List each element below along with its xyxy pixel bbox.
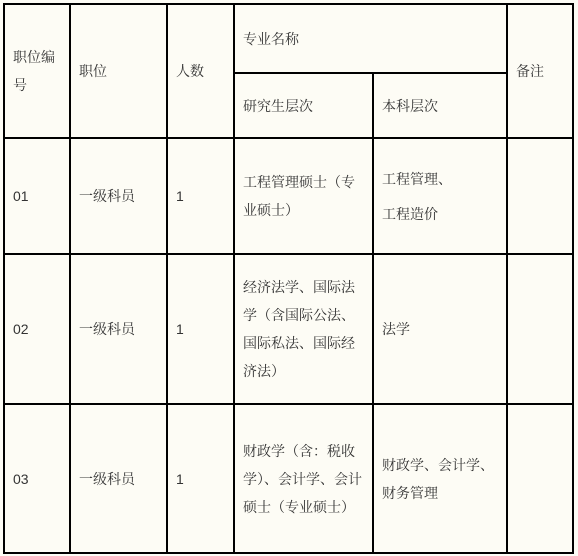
cell-position: 一级科员 — [70, 138, 167, 254]
job-positions-table: 职位编号 职位 人数 专业名称 备注 研究生层次 本科层次 01 一级科员 1 … — [3, 3, 574, 554]
header-position-id: 职位编号 — [4, 4, 70, 138]
cell-position-id: 02 — [4, 254, 70, 404]
cell-headcount: 1 — [167, 404, 234, 553]
cell-remarks — [507, 138, 573, 254]
header-headcount: 人数 — [167, 4, 234, 138]
header-position: 职位 — [70, 4, 167, 138]
cell-remarks — [507, 404, 573, 553]
position-id-value: 03 — [13, 465, 61, 493]
header-undergraduate-level: 本科层次 — [373, 73, 507, 138]
header-graduate-level: 研究生层次 — [234, 73, 373, 138]
header-undergraduate-level-label: 本科层次 — [382, 92, 498, 120]
cell-headcount: 1 — [167, 254, 234, 404]
headcount-value: 1 — [176, 315, 225, 343]
cell-undergraduate-majors: 法学 — [373, 254, 507, 404]
position-value: 一级科员 — [79, 182, 158, 210]
undergraduate-majors-line: 财政学、会计学、财务管理 — [382, 451, 498, 507]
cell-position: 一级科员 — [70, 254, 167, 404]
header-major-name-label: 专业名称 — [243, 25, 498, 53]
table-row: 03 一级科员 1 财政学（含：税收学）、会计学、会计硕士（专业硕士） 财政学、… — [4, 404, 573, 553]
graduate-majors-value: 经济法学、国际法学（含国际公法、国际私法、国际经济法） — [243, 273, 364, 385]
undergraduate-majors-line: 工程管理、 — [382, 165, 498, 193]
cell-position-id: 01 — [4, 138, 70, 254]
cell-headcount: 1 — [167, 138, 234, 254]
headcount-value: 1 — [176, 465, 225, 493]
undergraduate-majors-line: 工程造价 — [382, 200, 498, 228]
cell-remarks — [507, 254, 573, 404]
headcount-value: 1 — [176, 182, 225, 210]
position-id-value: 01 — [13, 182, 61, 210]
cell-position-id: 03 — [4, 404, 70, 553]
cell-undergraduate-majors: 工程管理、 工程造价 — [373, 138, 507, 254]
cell-graduate-majors: 工程管理硕士（专业硕士） — [234, 138, 373, 254]
position-id-value: 02 — [13, 315, 61, 343]
header-position-id-label: 职位编号 — [13, 43, 61, 99]
header-major-name: 专业名称 — [234, 4, 507, 73]
header-remarks-label: 备注 — [516, 57, 564, 85]
cell-graduate-majors: 财政学（含：税收学）、会计学、会计硕士（专业硕士） — [234, 404, 373, 553]
cell-graduate-majors: 经济法学、国际法学（含国际公法、国际私法、国际经济法） — [234, 254, 373, 404]
header-remarks: 备注 — [507, 4, 573, 138]
cell-position: 一级科员 — [70, 404, 167, 553]
table-row: 02 一级科员 1 经济法学、国际法学（含国际公法、国际私法、国际经济法） 法学 — [4, 254, 573, 404]
position-value: 一级科员 — [79, 465, 158, 493]
table-row: 01 一级科员 1 工程管理硕士（专业硕士） 工程管理、 工程造价 — [4, 138, 573, 254]
cell-undergraduate-majors: 财政学、会计学、财务管理 — [373, 404, 507, 553]
graduate-majors-value: 财政学（含：税收学）、会计学、会计硕士（专业硕士） — [243, 437, 364, 521]
graduate-majors-value: 工程管理硕士（专业硕士） — [243, 168, 364, 224]
header-headcount-label: 人数 — [176, 57, 225, 85]
undergraduate-majors-line: 法学 — [382, 315, 498, 343]
header-graduate-level-label: 研究生层次 — [243, 92, 364, 120]
position-value: 一级科员 — [79, 315, 158, 343]
header-position-label: 职位 — [79, 57, 158, 85]
header-row-top: 职位编号 职位 人数 专业名称 备注 — [4, 4, 573, 73]
